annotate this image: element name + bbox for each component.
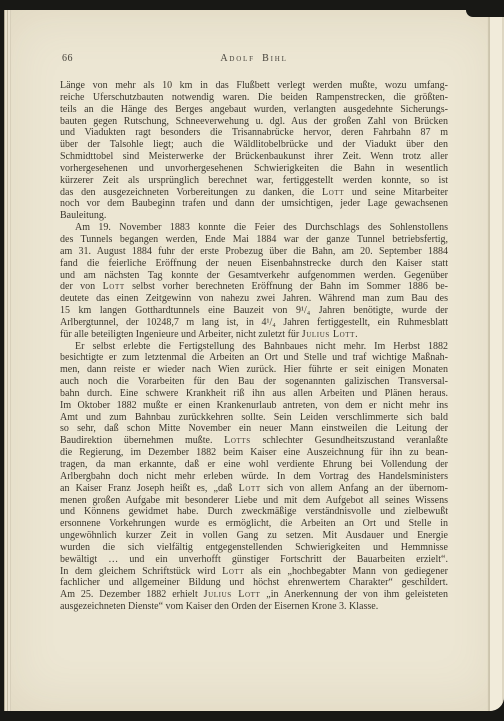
text-line: ausgezeichneten Dienste“ vom Kaiser den … [60,601,448,613]
text-line: wurden die sich vielfältig entgegenstell… [60,542,448,554]
small-caps-name: Lott [103,281,125,292]
text-line: besichtigte er zum letztenmal die Arbeit… [60,352,448,364]
text-line: Länge von mehr als 10 km in das Flußbett… [60,80,448,92]
text-line: fachlicher und allgemeiner Bildung und h… [60,577,448,589]
text-line: und Könnens gewidmet habe. Durch zweckmä… [60,506,448,518]
small-caps-name: Julius Lott [204,589,261,600]
running-head: Adolf Bihl [60,53,448,64]
text-line: Amt und zum Bahnbau zurückkehren sollte.… [60,412,448,424]
paragraph: Am 19. November 1883 konnte die Feier de… [60,222,448,340]
text-line: des Tunnels begangen werden, Ende Mai 18… [60,234,448,246]
text-line: ersonnene Vorkehrungen wurde es ermöglic… [60,518,448,530]
text-line: an Kaiser Franz Joseph heißt es, „daß Lo… [60,483,448,495]
text-line: kürzerer Zeit als ursprünglich berechnet… [60,175,448,187]
text-line: bauten gegen Rutschung, Schneeverwehung … [60,116,448,128]
text-line: der von Lott selbst vorher berechneten E… [60,281,448,293]
text-line: 15 km langen Gotthardtunnels eine Bauzei… [60,305,448,317]
text-column: Länge von mehr als 10 km in das Flußbett… [60,80,448,613]
text-line: das den ausgezeichneten Vorbereitungen z… [60,187,448,199]
paragraph: Länge von mehr als 10 km in das Flußbett… [60,80,448,222]
text-line: und Viadukten ragt besonders die Trisann… [60,127,448,139]
text-line: auch noch die Vorarbeiten für den Bau de… [60,376,448,388]
text-line: deutete das einen Zeitgewinn von nahezu … [60,293,448,305]
text-line: teils an die Hänge des Berges angebaut w… [60,104,448,116]
text-line: und am nächsten Tag konnte der Gesamtver… [60,270,448,282]
text-line: fand die feierliche Eröffnung der neuen … [60,258,448,270]
text-line: die Regierung, im Dezember 1882 beim Kai… [60,447,448,459]
paragraph: Er selbst erlebte die Fertigstellung des… [60,341,448,613]
text-line: über der Talsohle liegt; auch die Wäldli… [60,139,448,151]
text-line: bewältigt … und ein unverhofft günstiger… [60,554,448,566]
text-line: Im Oktober 1882 mußte er einen Krankenur… [60,400,448,412]
text-line: menen großen Aufgabe mit besonderer Lieb… [60,495,448,507]
text-line: so sehr, daß schon Mitte November ein ne… [60,423,448,435]
text-line: Baudirektion übernehmen mußte. Lotts sch… [60,435,448,447]
text-line: Arlbergtunnel, der 10248,7 m lang ist, i… [60,317,448,329]
text-line: Arlbergbahn doch nicht mehr erleben würd… [60,471,448,483]
text-line: reiche Uferschutzbauten notwendig waren.… [60,92,448,104]
small-caps-name: Lotts [224,435,251,446]
small-caps-name: Lott [239,483,261,494]
scan-corner-shadow [466,10,504,17]
small-caps-name: Lott [322,187,344,198]
page-number: 66 [62,53,73,64]
text-line: Schmidttobel sind Meisterwerke der Brück… [60,151,448,163]
text-line: tragen, da man erkannte, daß er eine woh… [60,459,448,471]
text-line: Bauleitung. [60,210,448,222]
text-line: ungewöhnlich kurzer Zeit in vollen Gang … [60,530,448,542]
small-caps-name: Julius Lott [302,329,355,340]
text-line: In dem gleichem Schriftstück wird Lott a… [60,566,448,578]
small-caps-name: Lott [222,566,244,577]
text-line: am 31. August 1884 fuhr der erste Probez… [60,246,448,258]
text-line: für alle beteiligten Ingenieure und Arbe… [60,329,448,341]
text-line: Am 19. November 1883 konnte die Feier de… [60,222,448,234]
text-line: noch vor dem Baubeginn trafen und dann d… [60,198,448,210]
book-scan: 66 Adolf Bihl Länge von mehr als 10 km i… [0,0,504,721]
text-line: Er selbst erlebte die Fertigstellung des… [60,341,448,353]
text-line: men, dann reiste er wieder nach Wien zur… [60,364,448,376]
text-line: bahn durch. Eine schwere Krankheit riß i… [60,388,448,400]
text-line: vorhergesehenen und unvorhergesehenen Sc… [60,163,448,175]
book-page: 66 Adolf Bihl Länge von mehr als 10 km i… [4,10,504,711]
page-header: 66 Adolf Bihl [60,53,448,66]
text-line: Am 25. Dezember 1882 erhielt Julius Lott… [60,589,448,601]
